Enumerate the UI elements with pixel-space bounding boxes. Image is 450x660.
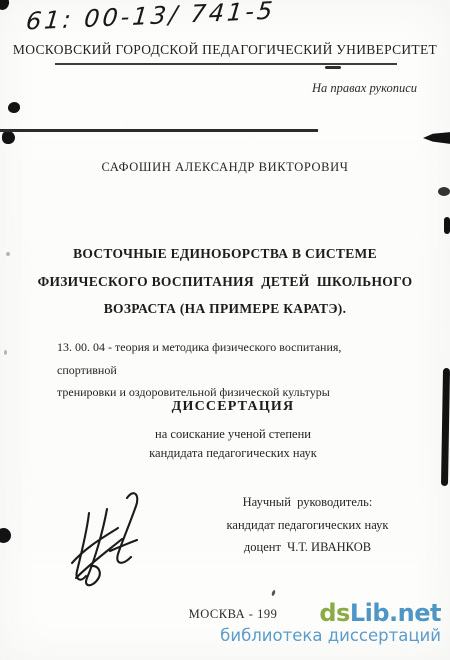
dissertation-title: ВОСТОЧНЫЕ ЕДИНОБОРСТВА В СИСТЕМЕ ФИЗИЧЕС… (0, 240, 450, 323)
scan-mark-dash (325, 66, 341, 69)
header-rule (55, 63, 397, 65)
scan-mark-corner (0, 0, 11, 11)
scan-speck (271, 590, 276, 597)
scan-speck (4, 350, 7, 355)
advisor-label: Научный руководитель: (190, 491, 425, 514)
handwritten-catalog-number: 61: 00-13/ 741-5 (25, 0, 277, 36)
specialty-code: 13. 00. 04 - теория и методика физическо… (57, 336, 402, 404)
dslib-watermark: dsLib.net библиотека диссертаций (220, 601, 441, 645)
dslib-logo-libnet: Lib.net (350, 599, 441, 627)
degree-sought: на соискание ученой степени кандидата пе… (8, 425, 450, 463)
author-name: САФОШИН АЛЕКСАНДР ВИКТОРОВИЧ (0, 160, 450, 175)
degree-line-2: кандидата педагогических наук (8, 444, 450, 463)
scan-mark-left-top (8, 102, 20, 113)
scan-mark-right-dot (438, 187, 450, 196)
degree-line-1: на соискание ученой степени (8, 425, 450, 444)
work-type-label: ДИССЕРТАЦИЯ (8, 399, 450, 415)
dslib-logo: dsLib.net (220, 601, 441, 626)
advisor-degree: кандидат педагогических наук (190, 514, 425, 537)
dslib-subtitle: библиотека диссертаций (220, 627, 441, 644)
specialty-line-1: 13. 00. 04 - теория и методика физическо… (57, 336, 402, 381)
title-line-3: ВОЗРАСТА (НА ПРИМЕРЕ КАРАТЭ). (0, 295, 450, 323)
scan-mark-left-dot (0, 528, 11, 543)
scan-mark-left-rule (2, 131, 15, 144)
title-line-2: ФИЗИЧЕСКОГО ВОСПИТАНИЯ ДЕТЕЙ ШКОЛЬНОГО (0, 268, 450, 296)
left-rule (0, 129, 318, 132)
signature-scribble (66, 485, 146, 593)
university-name: МОСКОВСКИЙ ГОРОДСКОЙ ПЕДАГОГИЧЕСКИЙ УНИВ… (0, 42, 450, 58)
scan-mark-right-bar-small (444, 217, 450, 234)
manuscript-rights-note: На правах рукописи (312, 81, 417, 96)
advisor-block: Научный руководитель: кандидат педагогич… (190, 491, 425, 559)
advisor-name: доцент Ч.Т. ИВАНКОВ (190, 536, 425, 559)
title-line-1: ВОСТОЧНЫЕ ЕДИНОБОРСТВА В СИСТЕМЕ (0, 240, 450, 268)
dslib-logo-ds: ds (319, 599, 349, 627)
dissertation-title-page: 61: 00-13/ 741-5 МОСКОВСКИЙ ГОРОДСКОЙ ПЕ… (0, 0, 450, 660)
scan-mark-right-blob (423, 132, 450, 144)
